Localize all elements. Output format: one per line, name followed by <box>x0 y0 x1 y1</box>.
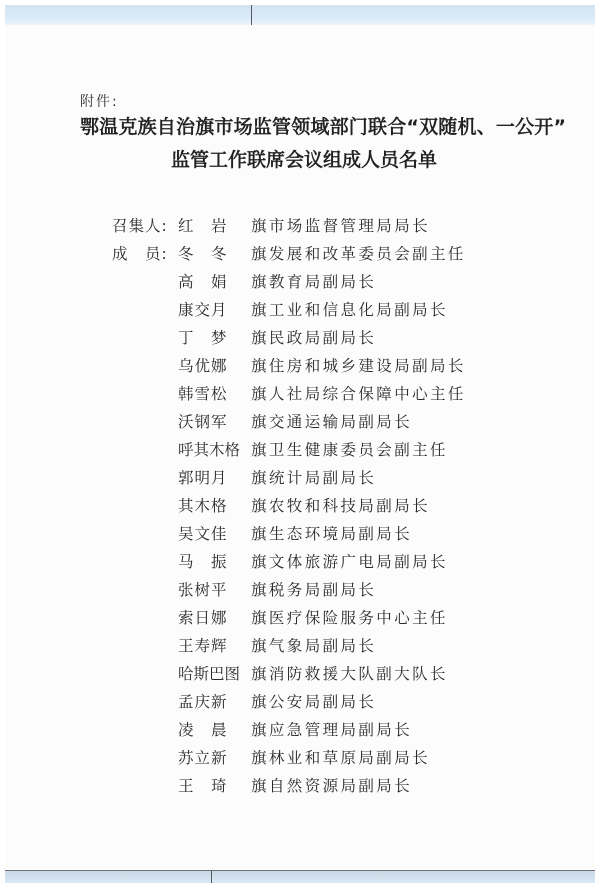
document-title-line2: 监管工作联席会议组成人员名单 <box>0 145 600 172</box>
member-name: 凌 晨 <box>178 718 248 740</box>
member-name: 王寿辉 <box>178 634 248 656</box>
member-name: 沃钢军 <box>178 410 248 432</box>
member-position: 旗民政局副局长 <box>251 326 376 348</box>
member-name: 高 娟 <box>178 270 248 292</box>
roster-row: 高 娟 旗教育局副局长 <box>0 270 600 292</box>
member-name: 其木格 <box>178 494 248 516</box>
document-title-line1: 鄂温克族自治旗市场监管领域部门联合“双随机、一公开” <box>80 112 530 139</box>
scan-fold-mark <box>211 871 212 883</box>
roster-row: 吴文佳 旗生态环境局副局长 <box>0 522 600 544</box>
roster-row: 苏立新 旗林业和草原局副局长 <box>0 746 600 768</box>
member-name: 哈斯巴图 <box>178 662 248 684</box>
roster-row: 凌 晨 旗应急管理局副局长 <box>0 718 600 740</box>
roster-row: 郭明月 旗统计局副局长 <box>0 466 600 488</box>
member-name: 索日娜 <box>178 606 248 628</box>
member-position: 旗交通运输局副局长 <box>251 410 412 432</box>
scan-bottom-edge <box>5 870 595 883</box>
member-position: 旗文体旅游广电局副局长 <box>251 550 448 572</box>
member-position: 旗气象局副局长 <box>251 634 376 656</box>
member-position: 旗应急管理局副局长 <box>251 718 412 740</box>
members-label: 成 员: <box>112 242 168 264</box>
member-name: 郭明月 <box>178 466 248 488</box>
member-position: 旗林业和草原局副局长 <box>251 746 430 768</box>
member-position: 旗统计局副局长 <box>251 466 376 488</box>
roster-row: 哈斯巴图 旗消防救援大队副大队长 <box>0 662 600 684</box>
member-position: 旗教育局副局长 <box>251 270 376 292</box>
member-position: 旗自然资源局副局长 <box>251 774 412 796</box>
member-name: 康交月 <box>178 298 248 320</box>
scan-fold-mark <box>251 5 252 25</box>
member-position: 旗公安局副局长 <box>251 690 376 712</box>
member-position: 旗人社局综合保障中心主任 <box>251 382 466 404</box>
roster-row: 沃钢军 旗交通运输局副局长 <box>0 410 600 432</box>
roster-row: 其木格 旗农牧和科技局副局长 <box>0 494 600 516</box>
roster-row: 马 振 旗文体旅游广电局副局长 <box>0 550 600 572</box>
roster-row: 孟庆新 旗公安局副局长 <box>0 690 600 712</box>
member-position: 旗发展和改革委员会副主任 <box>251 242 466 264</box>
attachment-label: 附件: <box>80 91 119 111</box>
member-position: 旗医疗保险服务中心主任 <box>251 606 448 628</box>
member-name: 王 琦 <box>178 774 248 796</box>
roster-row-convener: 召集人: 红 岩 旗市场监督管理局局长 <box>0 214 600 236</box>
member-position: 旗税务局副局长 <box>251 578 376 600</box>
member-position: 旗生态环境局副局长 <box>251 522 412 544</box>
roster-row: 乌优娜 旗住房和城乡建设局副局长 <box>0 354 600 376</box>
roster-row: 王寿辉 旗气象局副局长 <box>0 634 600 656</box>
member-name: 呼其木格 <box>178 438 248 460</box>
roster-row: 丁 梦 旗民政局副局长 <box>0 326 600 348</box>
member-name: 冬 冬 <box>178 242 248 264</box>
roster-row: 呼其木格 旗卫生健康委员会副主任 <box>0 438 600 460</box>
member-position: 旗市场监督管理局局长 <box>251 214 430 236</box>
member-name: 苏立新 <box>178 746 248 768</box>
member-position: 旗住房和城乡建设局副局长 <box>251 354 466 376</box>
roster-row: 韩雪松 旗人社局综合保障中心主任 <box>0 382 600 404</box>
convener-label: 召集人: <box>112 214 168 236</box>
member-name: 乌优娜 <box>178 354 248 376</box>
member-name: 张树平 <box>178 578 248 600</box>
roster-row: 王 琦 旗自然资源局副局长 <box>0 774 600 796</box>
member-name: 马 振 <box>178 550 248 572</box>
member-position: 旗工业和信息化局副局长 <box>251 298 448 320</box>
member-position: 旗消防救援大队副大队长 <box>251 662 448 684</box>
member-position: 旗农牧和科技局副局长 <box>251 494 430 516</box>
member-name: 吴文佳 <box>178 522 248 544</box>
roster-row: 成 员: 冬 冬 旗发展和改革委员会副主任 <box>0 242 600 264</box>
roster-row: 康交月 旗工业和信息化局副局长 <box>0 298 600 320</box>
member-position: 旗卫生健康委员会副主任 <box>251 438 448 460</box>
member-name: 韩雪松 <box>178 382 248 404</box>
member-name: 红 岩 <box>178 214 248 236</box>
roster-row: 张树平 旗税务局副局长 <box>0 578 600 600</box>
member-name: 孟庆新 <box>178 690 248 712</box>
roster-row: 索日娜 旗医疗保险服务中心主任 <box>0 606 600 628</box>
scan-top-edge <box>5 5 595 25</box>
member-name: 丁 梦 <box>178 326 248 348</box>
